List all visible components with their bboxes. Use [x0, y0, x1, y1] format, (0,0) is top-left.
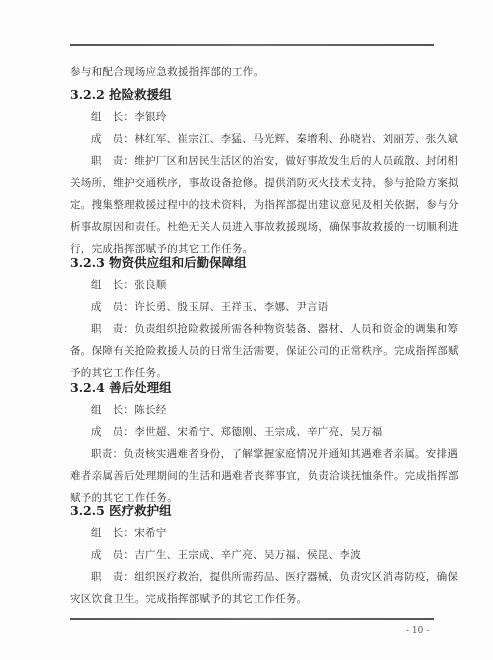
bottom-rule [70, 618, 434, 620]
duty-line: 定。搜集整理救援过程中的技术资料，为指挥部提出建议意见及相关依据，参与分 [70, 197, 459, 212]
leader-line: 组 长：张良顺 [91, 277, 167, 292]
section-heading-3-2-2: 3.2.2 抢险救援组 [70, 85, 172, 103]
section-heading-3-2-4: 3.2.4 善后处理组 [70, 378, 172, 396]
members-line: 成 员：李世超、宋希宁、郑德刚、王宗成、辛广亮、吴万福 [91, 424, 383, 439]
duty-line: 关场所，维护交通秩序，事故设备抢修。提供消防灭火技术支持，参与抢险方案拟 [70, 175, 459, 190]
section-heading-3-2-3: 3.2.3 物资供应组和后勤保障组 [70, 253, 247, 271]
leader-line: 组 长：陈长经 [91, 402, 167, 417]
members-line: 成 员：吉广生、王宗成、辛广亮、吴万福、侯昆、李波 [91, 547, 361, 562]
members-line: 成 员：许长勇、殷玉屏、王祥玉、李娜、尹言语 [91, 299, 329, 314]
continuation-text: 参与和配合现场应急救援指挥部的工作。 [70, 64, 264, 79]
duty-line: 灾区饮食卫生。完成指挥部赋予的其它工作任务。 [70, 591, 308, 606]
duty-line: 职 责：组织医疗救治，提供所需药品、医疗器械，负责灾区消毒防疫，确保 [91, 569, 458, 584]
duty-line: 析事故原因和责任。杜绝无关人员进入事故救援现场，确保事故救援的一切顺利进 [70, 219, 459, 234]
leader-line: 组 长：宋希宁 [91, 525, 167, 540]
top-rule [70, 44, 434, 46]
duty-line: 职 责：负责组织抢险救援所需各种物资装备、器材、人员和资金的调集和筹 [91, 321, 458, 336]
section-heading-3-2-5: 3.2.5 医疗救护组 [70, 501, 172, 519]
duty-line: 职 责：维护厂区和居民生活区的治安，做好事故发生后的人员疏散、封闭相 [91, 153, 458, 168]
duty-line: 难者亲属善后处理期间的生活和遇难者丧葬事宜，负责洽谈抚恤条件。完成指挥部 [70, 468, 459, 483]
page-number: - 10 - [406, 626, 429, 636]
leader-line: 组 长：李银玲 [91, 109, 167, 124]
duty-line: 职责：负责核实遇难者身份，了解掌握家庭情况并通知其遇难者亲属。安排遇 [91, 446, 458, 461]
duty-line: 备。保障有关抢险救援人员的日常生活需要，保证公司的正常秩序。完成指挥部赋 [70, 343, 459, 358]
members-line: 成 员：林红军、崔宗江、李猛、马光辉、秦增利、孙晓岩、刘丽芳、张久斌 [91, 131, 458, 146]
